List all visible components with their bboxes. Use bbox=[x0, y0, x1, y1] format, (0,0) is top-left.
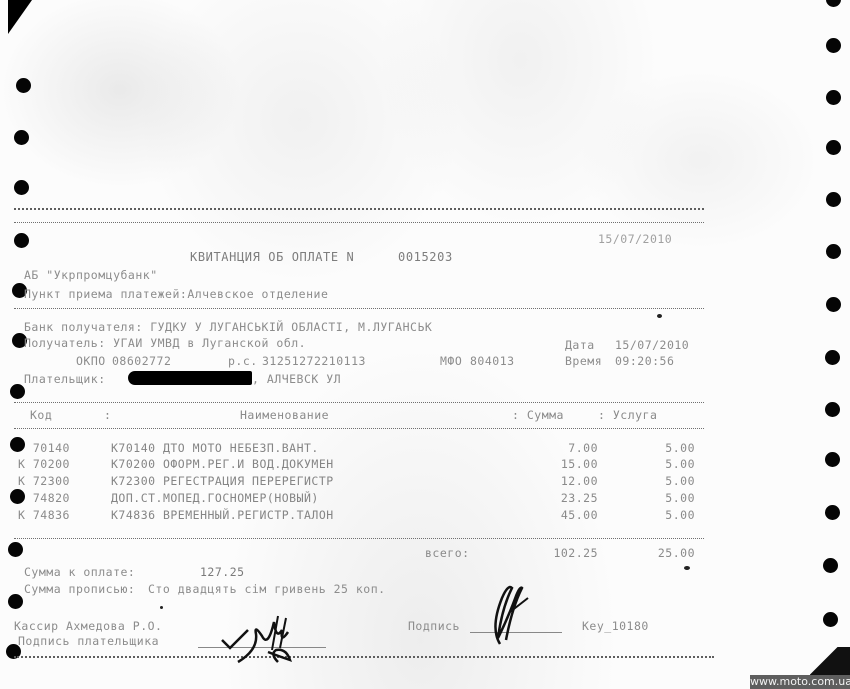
col-fee-header: : Услуга bbox=[598, 408, 657, 422]
amount-value: 127.25 bbox=[200, 565, 245, 579]
date-value: 15/07/2010 bbox=[615, 338, 689, 352]
feed-hole-icon bbox=[823, 612, 838, 627]
watermark: www.moto.com.ua bbox=[750, 675, 850, 689]
table-header: Код : Наименование : Сумма : Услуга bbox=[0, 408, 720, 424]
time-value: 09:20:56 bbox=[615, 354, 674, 368]
row-name: К72300 РЕГЕСТРАЦИЯ ПЕРЕРЕГИСТР bbox=[111, 474, 334, 488]
account-label: р.с. bbox=[228, 354, 258, 368]
payer-signature-icon bbox=[218, 610, 308, 670]
feed-hole-icon bbox=[826, 38, 841, 53]
table-row: 70140 К70140 ДТО МОТО НЕБЕЗП.ВАНТ. 7.00 … bbox=[0, 441, 720, 457]
table-row: К 70200 К70200 ОФОРМ.РЕГ.И ВОД.ДОКУМЕН 1… bbox=[0, 457, 720, 473]
payment-point: Пункт приема платежей:Алчевское отделени… bbox=[24, 287, 328, 301]
table-row: К 74836 К74836 ВРЕМЕННЫЙ.РЕГИСТР.ТАЛОН 4… bbox=[0, 508, 720, 524]
feed-hole-icon bbox=[823, 558, 838, 573]
col-code-header: Код bbox=[30, 408, 52, 422]
cashier-name: Кассир Ахмедова Р.О. bbox=[14, 619, 162, 633]
divider bbox=[14, 222, 704, 223]
recipient-bank: Банк получателя: ГУДКУ У ЛУГАНСЬКІЙ ОБЛА… bbox=[24, 320, 432, 334]
amount-label: Сумма к оплате: bbox=[24, 565, 135, 579]
row-name: К70140 ДТО МОТО НЕБЕЗП.ВАНТ. bbox=[111, 441, 319, 455]
feed-hole-icon bbox=[826, 297, 841, 312]
feed-hole-icon bbox=[826, 140, 841, 155]
row-sum: 7.00 bbox=[520, 441, 598, 455]
divider bbox=[14, 428, 704, 429]
mfo-value: 804013 bbox=[470, 354, 515, 368]
amount-words-label: Сумма прописью: bbox=[24, 582, 135, 596]
feed-hole-icon bbox=[825, 452, 840, 467]
okpo-label: ОКПО bbox=[76, 354, 106, 368]
row-name: ДОП.СТ.МОПЕД.ГОСНОМЕР(НОВЫЙ) bbox=[111, 491, 319, 505]
payer-signature-label: Подпись плательщика bbox=[18, 634, 159, 648]
total-sum: 102.25 bbox=[520, 546, 598, 560]
mfo-label: МФО bbox=[440, 354, 462, 368]
row-sum: 15.00 bbox=[520, 457, 598, 471]
feed-hole-icon bbox=[14, 180, 29, 195]
row-sum: 23.25 bbox=[520, 491, 598, 505]
row-name: К70200 ОФОРМ.РЕГ.И ВОД.ДОКУМЕН bbox=[111, 457, 334, 471]
signature-label: Подпись bbox=[408, 619, 460, 633]
redaction-bar bbox=[128, 371, 252, 385]
feed-hole-icon bbox=[14, 130, 29, 145]
table-row: 74820 ДОП.СТ.МОПЕД.ГОСНОМЕР(НОВЫЙ) 23.25… bbox=[0, 491, 720, 507]
payer-address: , АЛЧЕВСК УЛ bbox=[252, 372, 341, 386]
table-row: К 72300 К72300 РЕГЕСТРАЦИЯ ПЕРЕРЕГИСТР 1… bbox=[0, 474, 720, 490]
divider bbox=[14, 308, 704, 309]
row-code: К 72300 bbox=[18, 474, 70, 488]
row-fee: 5.00 bbox=[620, 457, 695, 471]
feed-hole-icon bbox=[826, 192, 841, 207]
top-date: 15/07/2010 bbox=[598, 232, 672, 246]
ink-speck bbox=[657, 314, 662, 318]
divider bbox=[14, 538, 704, 539]
okpo-value: 08602772 bbox=[112, 354, 171, 368]
recipient: Получатель: УГАИ УМВД в Луганской обл. bbox=[24, 336, 306, 350]
date-label: Дата bbox=[565, 338, 595, 352]
divider bbox=[14, 656, 714, 658]
row-code: К 70200 bbox=[18, 457, 70, 471]
total-fee: 25.00 bbox=[620, 546, 695, 560]
row-code: 70140 bbox=[18, 441, 70, 455]
col-name-header: Наименование bbox=[240, 408, 329, 422]
row-sum: 12.00 bbox=[520, 474, 598, 488]
feed-hole-icon bbox=[826, 244, 841, 259]
ink-speck bbox=[160, 606, 163, 609]
col-sep: : bbox=[104, 408, 111, 422]
receipt-title: КВИТАНЦИЯ ОБ ОПЛАТЕ N bbox=[190, 250, 354, 264]
payer-label: Плательщик: bbox=[24, 372, 106, 386]
divider bbox=[14, 208, 704, 210]
row-sum: 45.00 bbox=[520, 508, 598, 522]
row-name: К74836 ВРЕМЕННЫЙ.РЕГИСТР.ТАЛОН bbox=[111, 508, 334, 522]
feed-hole-icon bbox=[14, 233, 29, 248]
total-label: всего: bbox=[425, 546, 470, 560]
row-fee: 5.00 bbox=[620, 474, 695, 488]
account-value: 31251272210113 bbox=[262, 354, 366, 368]
ink-speck bbox=[684, 566, 690, 570]
feed-hole-icon bbox=[10, 384, 25, 399]
feed-hole-icon bbox=[825, 505, 840, 520]
row-code: К 74836 bbox=[18, 508, 70, 522]
col-sum-header: : Сумма bbox=[512, 408, 564, 422]
row-code: 74820 bbox=[18, 491, 70, 505]
row-fee: 5.00 bbox=[620, 441, 695, 455]
corner-shadow bbox=[810, 647, 850, 675]
feed-hole-icon bbox=[825, 350, 840, 365]
time-label: Время bbox=[565, 354, 602, 368]
corner-mark bbox=[8, 0, 32, 34]
feed-hole-icon bbox=[826, 90, 841, 105]
key-code: Key_10180 bbox=[582, 619, 649, 633]
cashier-signature-icon bbox=[472, 578, 532, 648]
totals-row: всего: 102.25 25.00 bbox=[0, 546, 720, 562]
amount-words: Сто двадцять сім гривень 25 коп. bbox=[148, 582, 386, 596]
feed-hole-icon bbox=[8, 594, 23, 609]
receipt-number: 0015203 bbox=[398, 250, 453, 264]
divider bbox=[14, 402, 704, 403]
feed-hole-icon bbox=[16, 78, 31, 93]
feed-hole-icon bbox=[825, 402, 840, 417]
row-fee: 5.00 bbox=[620, 508, 695, 522]
row-fee: 5.00 bbox=[620, 491, 695, 505]
bank-name: АБ "Укрпромцубанк" bbox=[24, 268, 158, 282]
